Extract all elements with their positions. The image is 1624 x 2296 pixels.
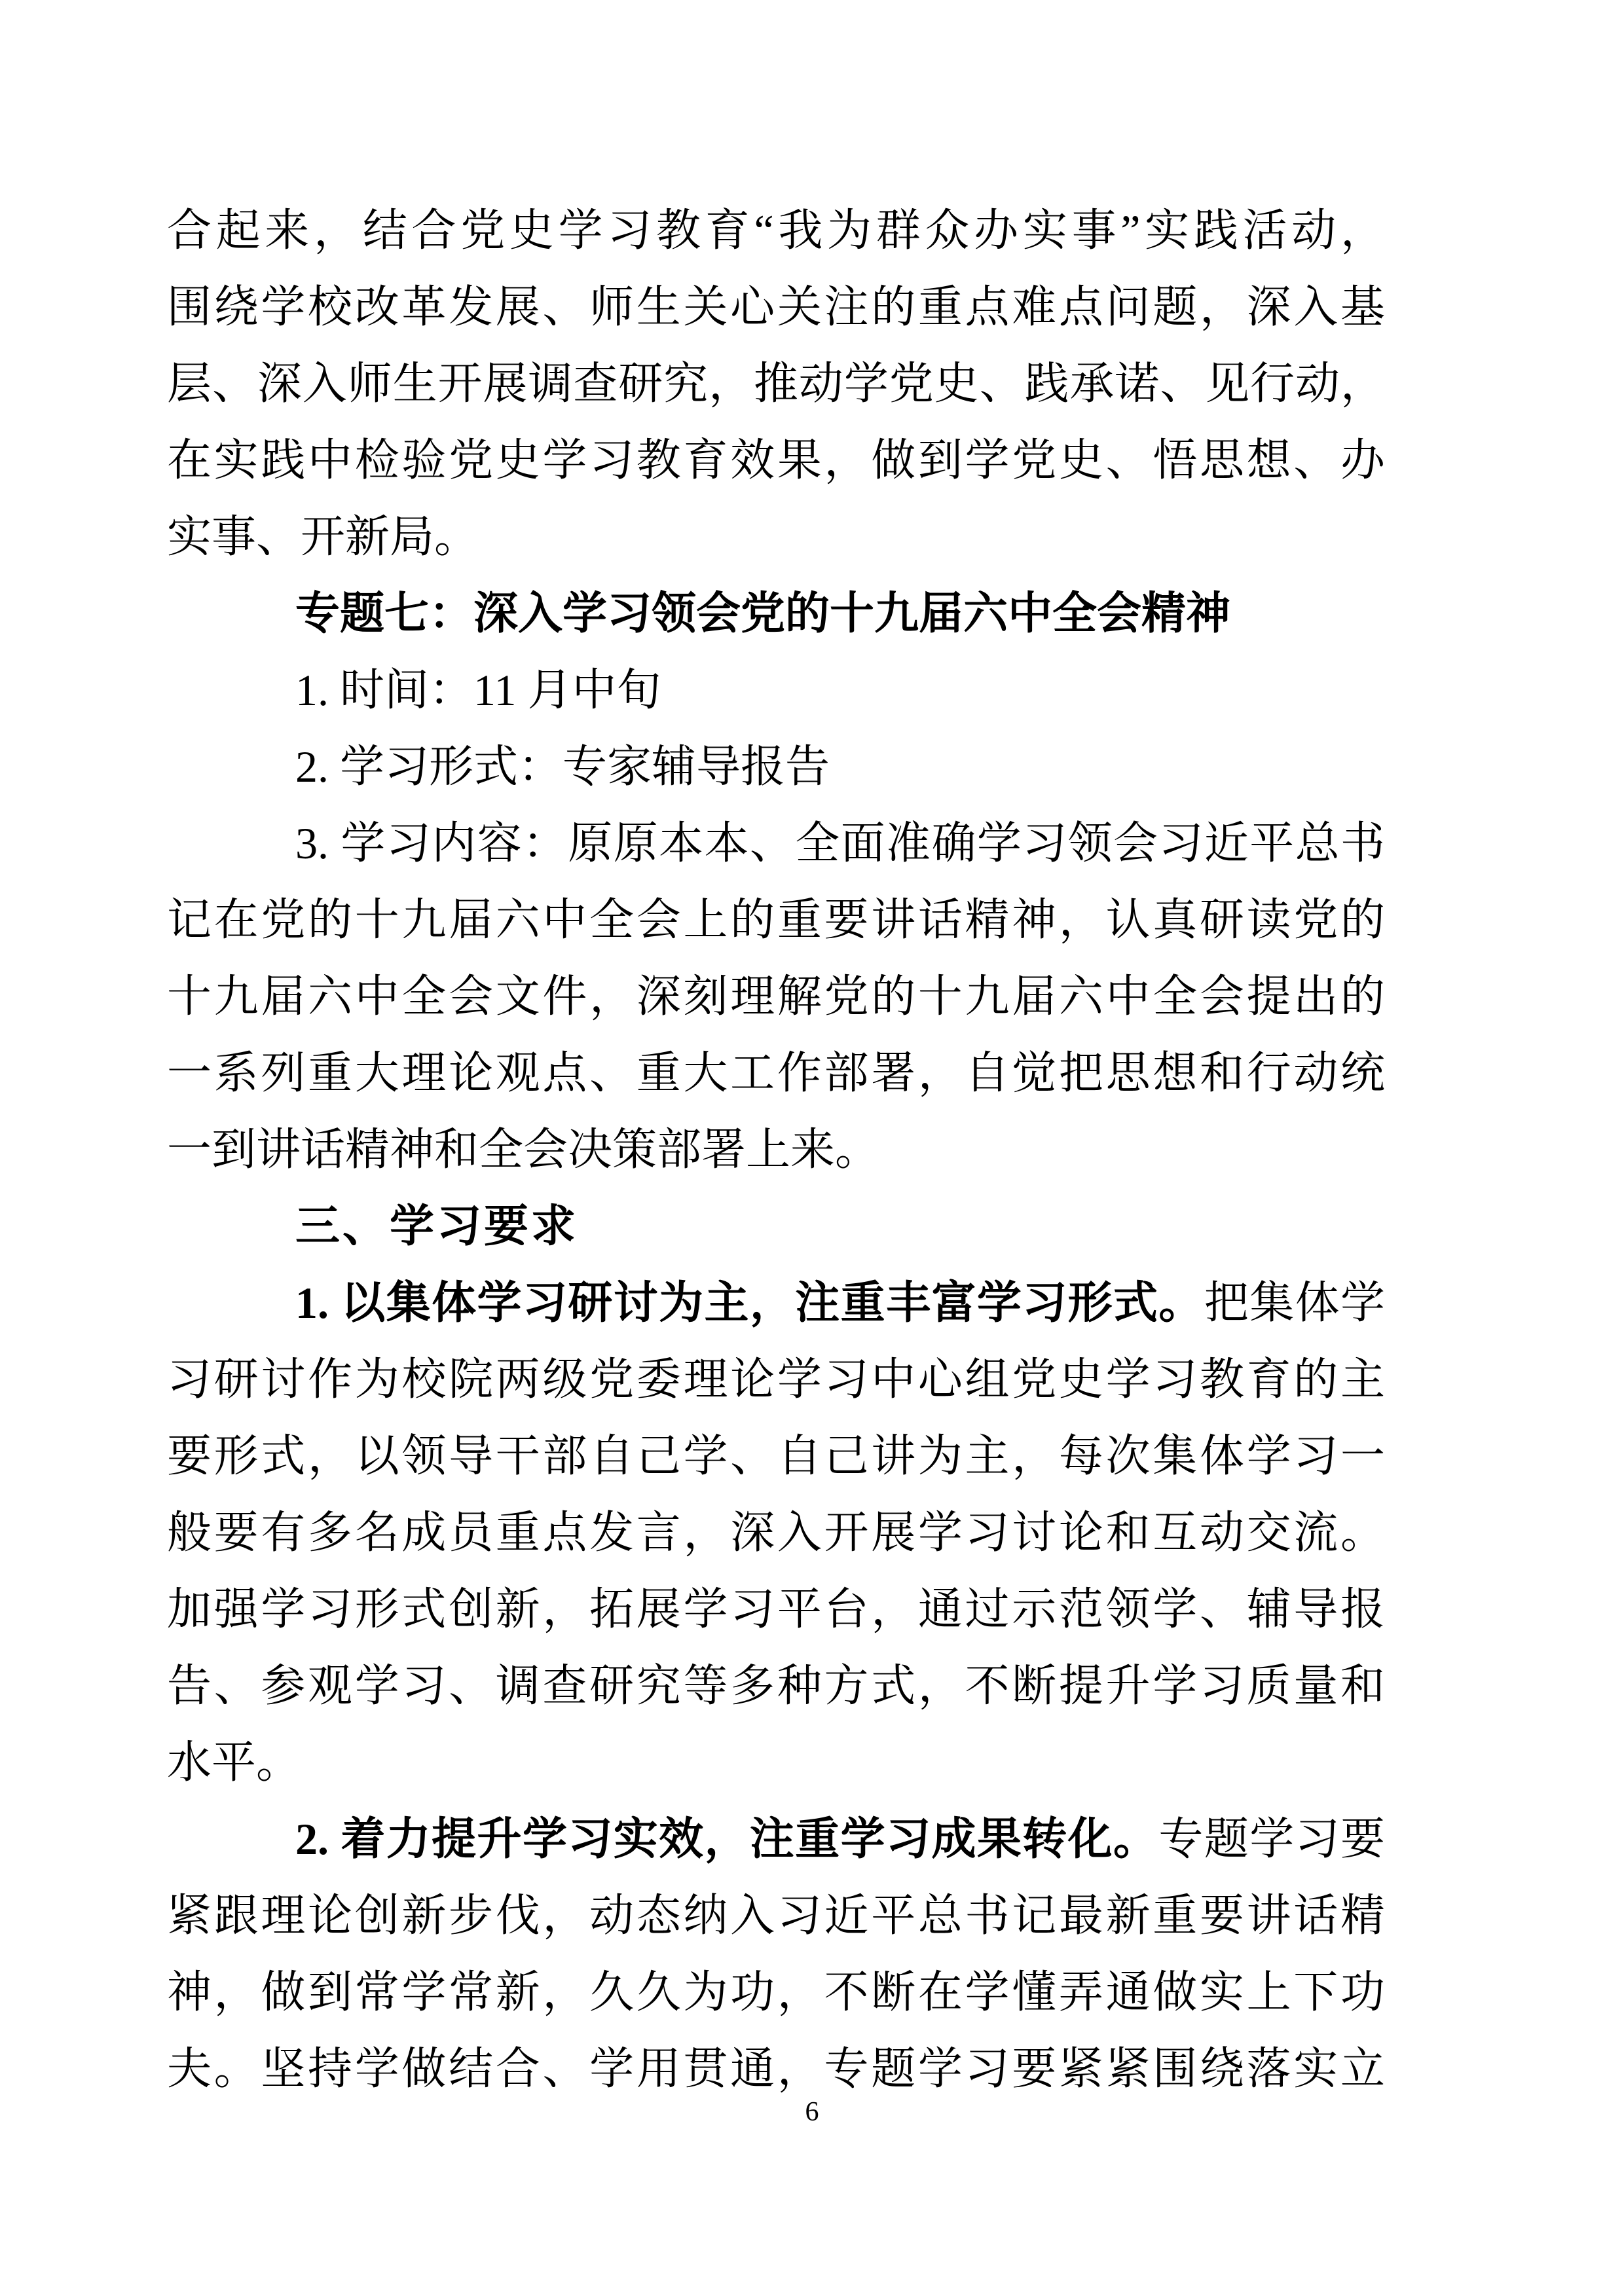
text-line: 加强学习形式创新，拓展学习平台，通过示范领学、辅导报 (167, 1571, 1385, 1648)
page-number: 6 (0, 2092, 1624, 2132)
text-line: 神，做到常学常新，久久为功，不断在学懂弄通做实上下功 (167, 1954, 1385, 2031)
document-body: 合起来，结合党史学习教育“我为群众办实事”实践活动， 围绕学校改革发展、师生关心… (167, 192, 1385, 2107)
paragraph-one-lead-line: 1. 以集体学习研讨为主，注重丰富学习形式。把集体学 (167, 1265, 1385, 1341)
paragraph-two-lead-rest: 专题学习要 (1158, 1814, 1385, 1864)
document-page: 合起来，结合党史学习教育“我为群众办实事”实践活动， 围绕学校改革发展、师生关心… (0, 0, 1624, 2296)
text-line: 十九届六中全会文件，深刻理解党的十九届六中全会提出的 (167, 958, 1385, 1035)
list-item-format: 2. 学习形式：专家辅导报告 (167, 729, 1385, 805)
section-three-heading: 三、学习要求 (167, 1188, 1385, 1265)
topic-seven-heading: 专题七：深入学习领会党的十九届六中全会精神 (167, 575, 1385, 652)
text-line: 习研讨作为校院两级党委理论学习中心组党史学习教育的主 (167, 1341, 1385, 1418)
paragraph-two-lead-bold: 2. 着力提升学习实效，注重学习成果转化。 (295, 1814, 1158, 1864)
paragraph-one-lead-bold: 1. 以集体学习研讨为主，注重丰富学习形式。 (295, 1278, 1204, 1328)
text-line: 告、参观学习、调查研究等多种方式，不断提升学习质量和 (167, 1648, 1385, 1724)
text-line: 围绕学校改革发展、师生关心关注的重点难点问题，深入基 (167, 269, 1385, 346)
text-line: 般要有多名成员重点发言，深入开展学习讨论和互动交流。 (167, 1495, 1385, 1571)
text-line: 在实践中检验党史学习教育效果，做到学党史、悟思想、办 (167, 422, 1385, 499)
text-line: 紧跟理论创新步伐，动态纳入习近平总书记最新重要讲话精 (167, 1878, 1385, 1954)
text-line: 一系列重大理论观点、重大工作部署，自觉把思想和行动统 (167, 1035, 1385, 1112)
text-line: 记在党的十九届六中全会上的重要讲话精神，认真研读党的 (167, 882, 1385, 958)
text-line: 层、深入师生开展调查研究，推动学党史、践承诺、见行动， (167, 346, 1385, 422)
list-item-time: 1. 时间：11 月中旬 (167, 652, 1385, 729)
text-line: 一到讲话精神和全会决策部署上来。 (167, 1112, 1385, 1188)
paragraph-two-lead-line: 2. 着力提升学习实效，注重学习成果转化。专题学习要 (167, 1801, 1385, 1878)
text-line: 要形式，以领导干部自己学、自己讲为主，每次集体学习一 (167, 1418, 1385, 1495)
text-line: 实事、开新局。 (167, 499, 1385, 575)
paragraph-one-lead-rest: 把集体学 (1204, 1278, 1385, 1328)
text-line: 合起来，结合党史学习教育“我为群众办实事”实践活动， (167, 192, 1385, 269)
text-line: 水平。 (167, 1724, 1385, 1801)
list-item-content: 3. 学习内容：原原本本、全面准确学习领会习近平总书 (167, 805, 1385, 882)
